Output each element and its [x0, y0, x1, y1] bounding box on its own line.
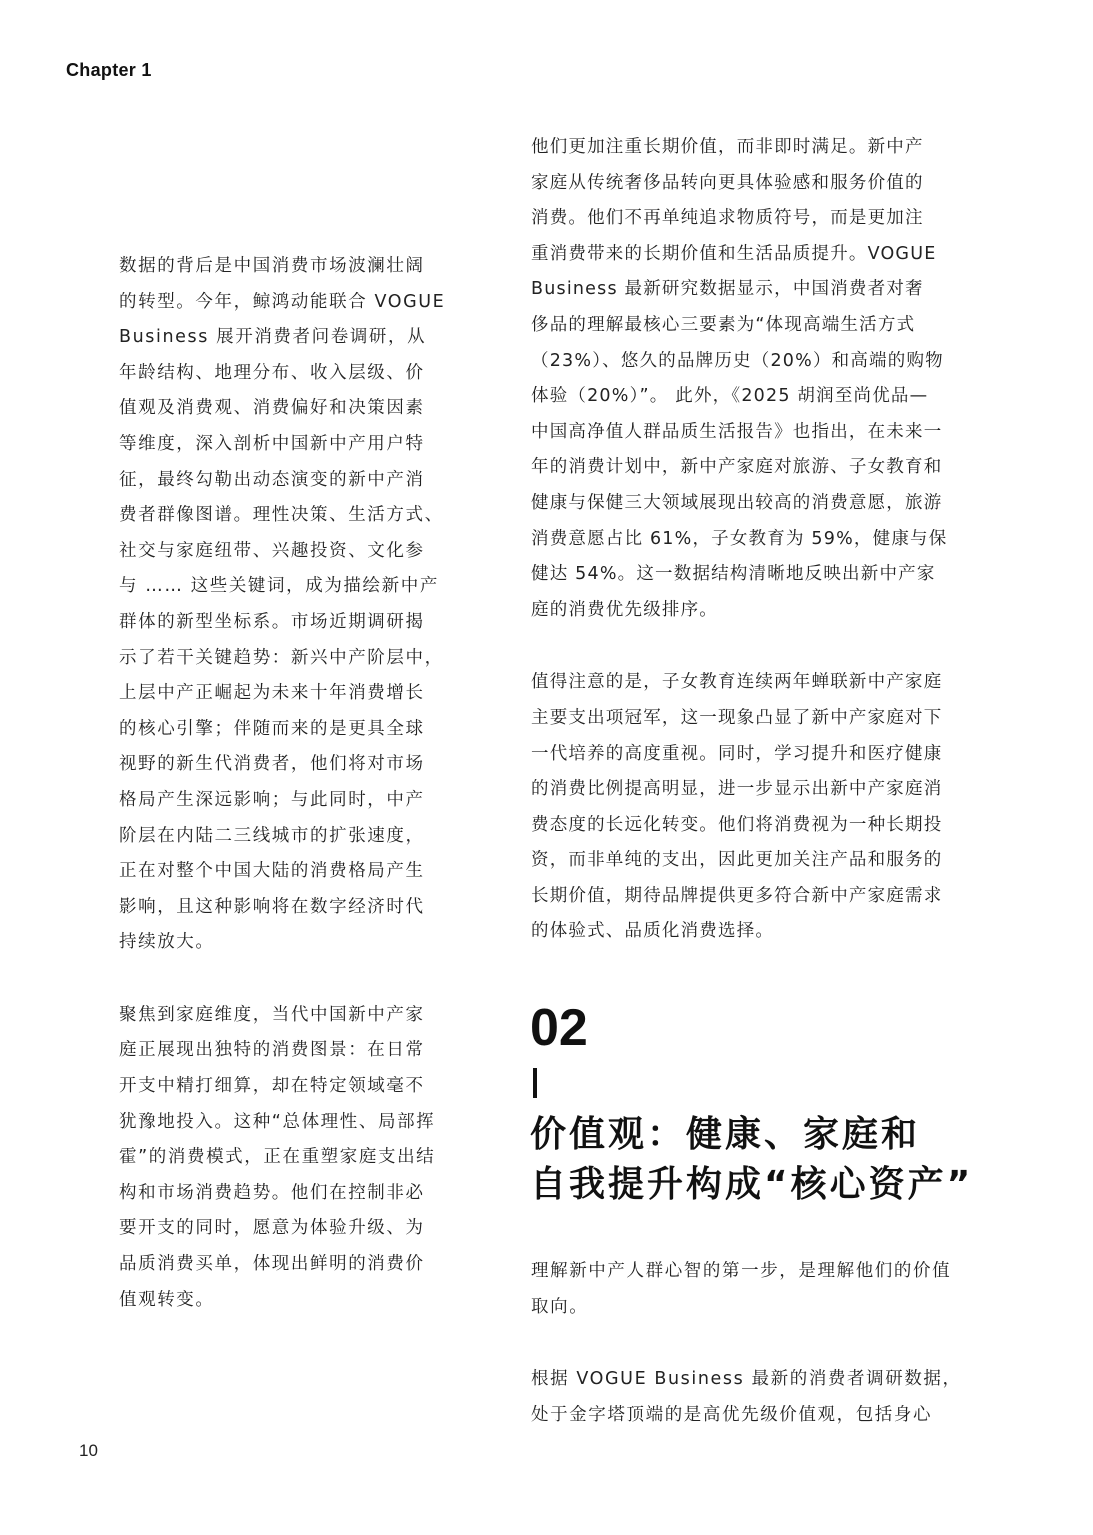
paragraph: 他们更加注重长期价值，而非即时满足。新中产 家庭从传统奢侈品转向更具体验感和服务… — [531, 130, 951, 628]
text-line: 社交与家庭纽带、兴趣投资、文化参 — [119, 534, 439, 570]
text-line: 的消费比例提高明显，进一步显示出新中产家庭消 — [531, 772, 951, 808]
text-line: 开支中精打细算，却在特定领域毫不 — [119, 1069, 439, 1105]
text-line: 健达 54%。这一数据结构清晰地反映出新中产家 — [531, 557, 951, 593]
text-line: 取向。 — [531, 1290, 951, 1326]
chapter-label: Chapter 1 — [66, 60, 152, 81]
text-line: 正在对整个中国大陆的消费格局产生 — [119, 854, 439, 890]
text-line: 格局产生深远影响；与此同时，中产 — [119, 783, 439, 819]
paragraph: 根据 VOGUE Business 最新的消费者调研数据， 处于金字塔顶端的是高… — [531, 1362, 951, 1433]
paragraph-spacer — [531, 1325, 951, 1362]
text-line: 年的消费计划中，新中产家庭对旅游、子女教育和 — [531, 450, 951, 486]
text-line: 的转型。今年，鲸鸿动能联合 VOGUE — [119, 285, 439, 321]
text-line: 家庭从传统奢侈品转向更具体验感和服务价值的 — [531, 166, 951, 202]
page-number: 10 — [79, 1441, 98, 1461]
text-line: 侈品的理解最核心三要素为“体现高端生活方式 — [531, 308, 951, 344]
text-line: 长期价值，期待品牌提供更多符合新中产家庭需求 — [531, 879, 951, 915]
left-column: 数据的背后是中国消费市场波澜壮阔 的转型。今年，鲸鸿动能联合 VOGUE Bus… — [119, 249, 439, 1318]
text-line: 构和市场消费趋势。他们在控制非必 — [119, 1176, 439, 1212]
text-line: 上层中产正崛起为未来十年消费增长 — [119, 676, 439, 712]
text-line: 费态度的长远化转变。他们将消费视为一种长期投 — [531, 808, 951, 844]
text-line: 根据 VOGUE Business 最新的消费者调研数据， — [531, 1362, 951, 1398]
text-line: Business 最新研究数据显示，中国消费者对奢 — [531, 272, 951, 308]
text-line: 品质消费买单，体现出鲜明的消费价 — [119, 1247, 439, 1283]
text-line: 消费意愿占比 61%，子女教育为 59%，健康与保 — [531, 522, 951, 558]
text-line: 资，而非单纯的支出，因此更加关注产品和服务的 — [531, 843, 951, 879]
text-line: 影响，且这种影响将在数字经济时代 — [119, 890, 439, 926]
text-line: （23%）、悠久的品牌历史（20%）和高端的购物 — [531, 344, 951, 380]
text-line: 征，最终勾勒出动态演变的新中产消 — [119, 463, 439, 499]
paragraph-spacer — [531, 628, 951, 665]
text-line: 健康与保健三大领域展现出较高的消费意愿，旅游 — [531, 486, 951, 522]
text-line: 处于金字塔顶端的是高优先级价值观，包括身心 — [531, 1398, 951, 1434]
text-line: 值观转变。 — [119, 1283, 439, 1319]
right-column: 他们更加注重长期价值，而非即时满足。新中产 家庭从传统奢侈品转向更具体验感和服务… — [531, 130, 951, 950]
text-line: 中国高净值人群品质生活报告》也指出，在未来一 — [531, 415, 951, 451]
section-number: 02 — [530, 998, 588, 1058]
text-line: 一代培养的高度重视。同时，学习提升和医疗健康 — [531, 737, 951, 773]
text-line: 要开支的同时，愿意为体验升级、为 — [119, 1211, 439, 1247]
text-line: 等维度，深入剖析中国新中产用户特 — [119, 427, 439, 463]
paragraph: 值得注意的是，子女教育连续两年蝉联新中产家庭 主要支出项冠军，这一现象凸显了新中… — [531, 665, 951, 950]
section-body: 理解新中产人群心智的第一步，是理解他们的价值 取向。 根据 VOGUE Busi… — [531, 1254, 951, 1433]
text-line: Business 展开消费者问卷调研，从 — [119, 320, 439, 356]
text-line: 费者群像图谱。理性决策、生活方式、 — [119, 498, 439, 534]
text-line: 视野的新生代消费者，他们将对市场 — [119, 747, 439, 783]
text-line: 他们更加注重长期价值，而非即时满足。新中产 — [531, 130, 951, 166]
paragraph: 数据的背后是中国消费市场波澜壮阔 的转型。今年，鲸鸿动能联合 VOGUE Bus… — [119, 249, 439, 961]
paragraph: 聚焦到家庭维度，当代中国新中产家 庭正展现出独特的消费图景：在日常 开支中精打细… — [119, 998, 439, 1318]
text-line: 值得注意的是，子女教育连续两年蝉联新中产家庭 — [531, 665, 951, 701]
text-line: 群体的新型坐标系。市场近期调研揭 — [119, 605, 439, 641]
text-line: 数据的背后是中国消费市场波澜壮阔 — [119, 249, 439, 285]
section-title: 价值观：健康、家庭和 自我提升构成“核心资产” — [530, 1110, 973, 1210]
text-line: 庭的消费优先级排序。 — [531, 593, 951, 629]
text-line: 犹豫地投入。这种“总体理性、局部挥 — [119, 1105, 439, 1141]
section-title-line: 价值观：健康、家庭和 — [530, 1110, 973, 1160]
paragraph-spacer — [119, 961, 439, 998]
text-line: 重消费带来的长期价值和生活品质提升。VOGUE — [531, 237, 951, 273]
text-line: 的核心引擎；伴随而来的是更具全球 — [119, 712, 439, 748]
text-line: 的体验式、品质化消费选择。 — [531, 914, 951, 950]
text-line: 理解新中产人群心智的第一步，是理解他们的价值 — [531, 1254, 951, 1290]
text-line: 值观及消费观、消费偏好和决策因素 — [119, 391, 439, 427]
text-line: 阶层在内陆二三线城市的扩张速度， — [119, 819, 439, 855]
text-line: 霍”的消费模式，正在重塑家庭支出结 — [119, 1140, 439, 1176]
text-line: 示了若干关键趋势：新兴中产阶层中， — [119, 641, 439, 677]
text-line: 持续放大。 — [119, 925, 439, 961]
text-line: 年龄结构、地理分布、收入层级、价 — [119, 356, 439, 392]
text-line: 消费。他们不再单纯追求物质符号，而是更加注 — [531, 201, 951, 237]
text-line: 体验（20%）”。 此外，《2025 胡润至尚优品— — [531, 379, 951, 415]
text-line: 主要支出项冠军，这一现象凸显了新中产家庭对下 — [531, 701, 951, 737]
text-line: 与 …… 这些关键词，成为描绘新中产 — [119, 569, 439, 605]
text-line: 庭正展现出独特的消费图景：在日常 — [119, 1033, 439, 1069]
paragraph: 理解新中产人群心智的第一步，是理解他们的价值 取向。 — [531, 1254, 951, 1325]
section-divider-bar — [533, 1068, 537, 1098]
text-line: 聚焦到家庭维度，当代中国新中产家 — [119, 998, 439, 1034]
section-title-line: 自我提升构成“核心资产” — [530, 1160, 973, 1210]
